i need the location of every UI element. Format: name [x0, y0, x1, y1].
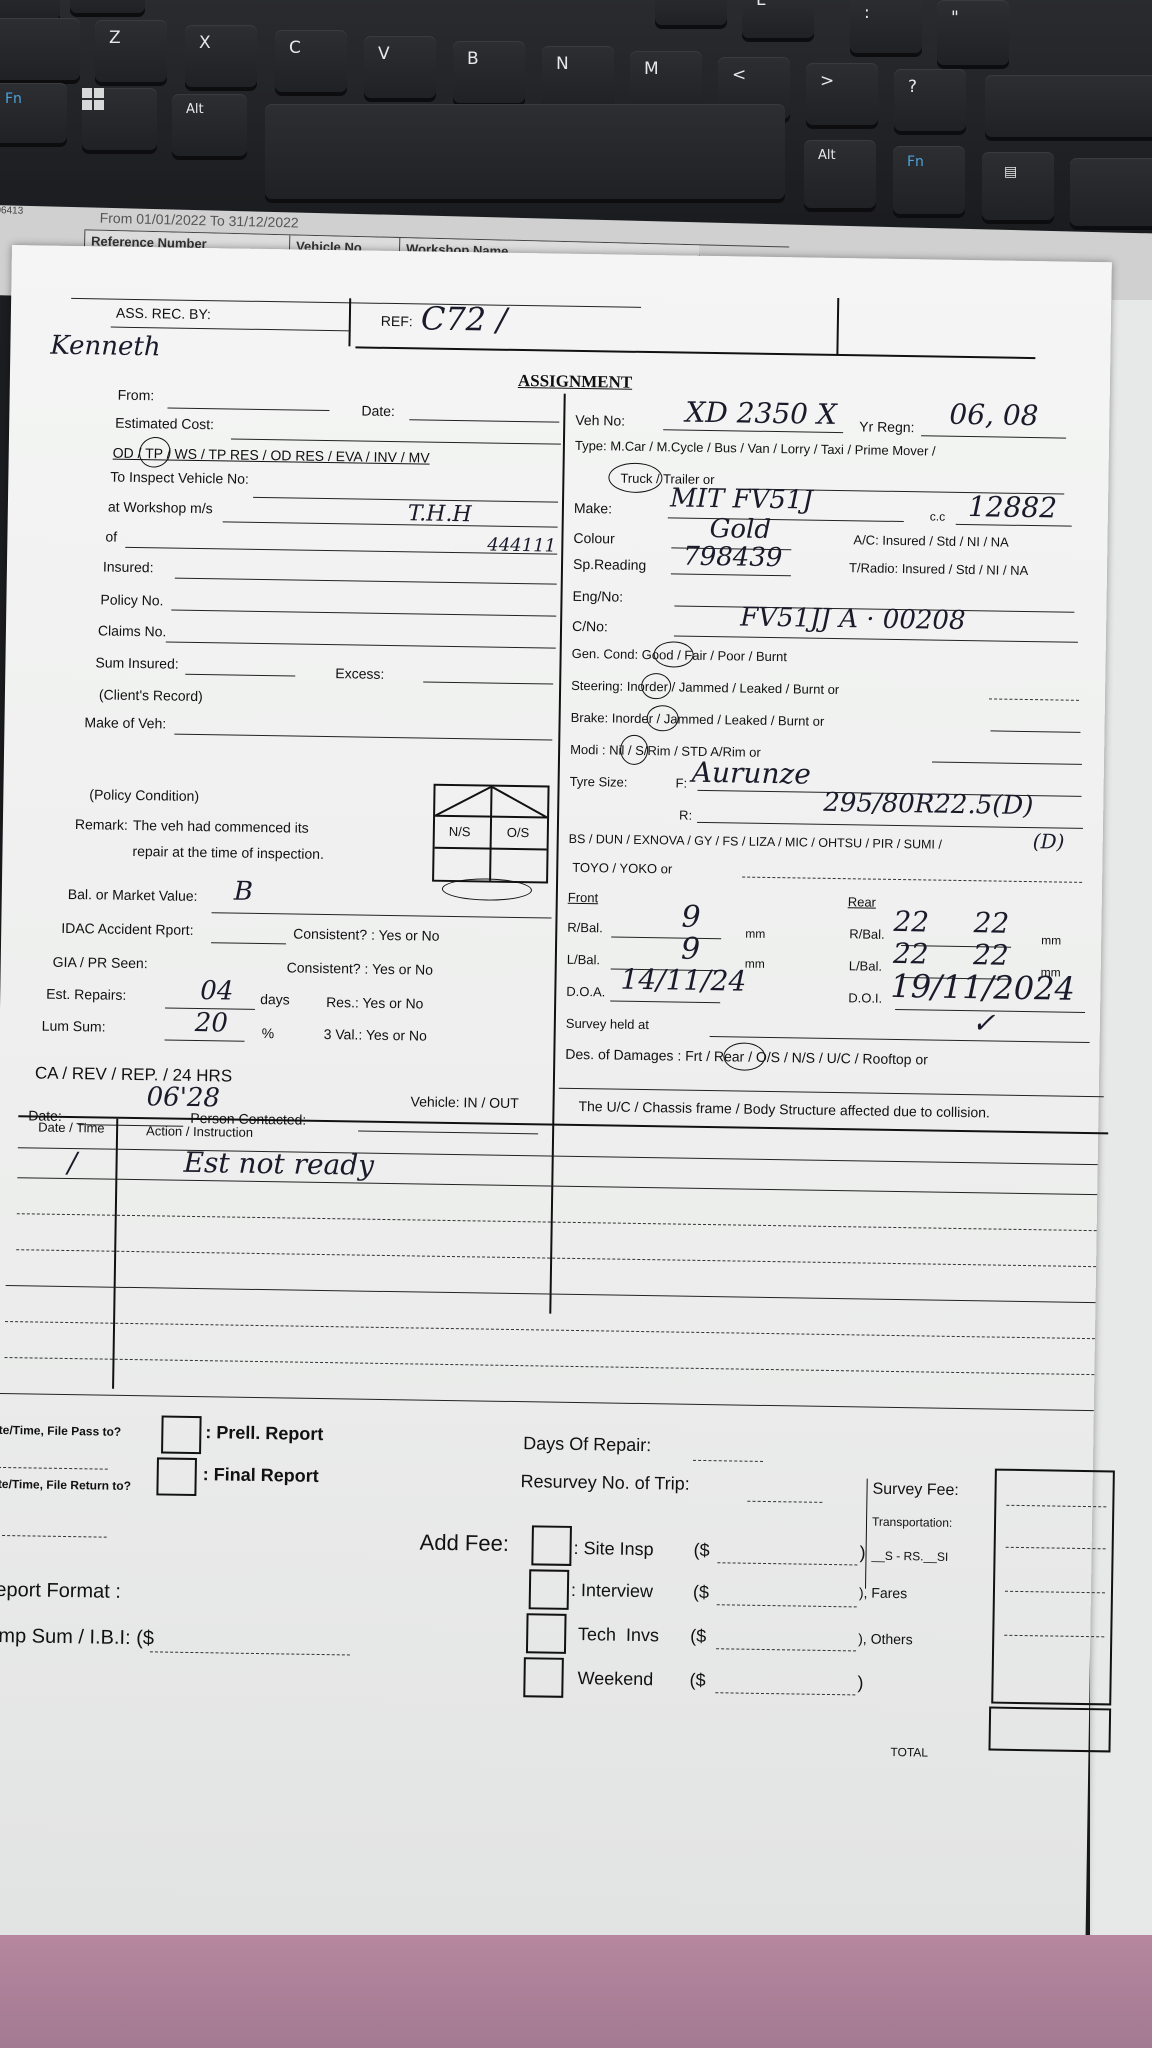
interview-checkbox[interactable]	[529, 1569, 570, 1610]
doa-field[interactable]	[610, 1000, 720, 1003]
rear-rbal-label: R/Bal.	[849, 926, 885, 942]
to-inspect-field[interactable]	[253, 497, 558, 503]
insured-field[interactable]	[175, 578, 557, 585]
lum-sum-value[interactable]: 20	[195, 1008, 229, 1039]
key-slash: ?	[894, 69, 966, 131]
estimated-cost-label: Estimated Cost:	[115, 415, 214, 433]
action-log-row-line	[16, 1249, 1096, 1267]
three-val-yes-no: 3 Val.: Yes or No	[324, 1026, 427, 1044]
key-v: V	[364, 36, 436, 98]
modi-other-field[interactable]	[932, 762, 1082, 765]
sp-reading-field[interactable]	[671, 573, 791, 576]
action-log-row-line	[17, 1213, 1097, 1231]
modi-circle-nil	[620, 735, 648, 765]
action-log-row-line	[5, 1321, 1095, 1339]
file-return-label: Date/Time, File Return to?	[0, 1477, 131, 1493]
gen-cond-circle-good	[653, 641, 693, 668]
market-value-label: Bal. or Market Value:	[68, 886, 198, 904]
key-colon: :	[850, 0, 922, 53]
clients-record-label: (Client's Record)	[99, 686, 203, 704]
brake-other-field[interactable]	[990, 730, 1080, 732]
make-label: Make:	[574, 500, 612, 517]
tyre-brand-options: BS / DUN / EXNOVA / GY / FS / LIZA / MIC…	[569, 832, 942, 852]
key-z: Z	[95, 20, 167, 82]
gia-consistent: Consistent? : Yes or No	[287, 959, 434, 977]
tech-invs-checkbox[interactable]	[526, 1613, 567, 1654]
prelim-report-checkbox[interactable]	[161, 1415, 202, 1454]
tyre-front-prefix: F:	[676, 775, 688, 790]
veh-no-value[interactable]: XD 2350 X	[685, 396, 837, 431]
weekend-close: )	[857, 1672, 863, 1693]
action-log-row-line	[17, 1177, 1097, 1195]
rear-label: Rear	[848, 894, 876, 909]
claim-type-circle-tp	[133, 431, 176, 473]
front-rbal-label: R/Bal.	[567, 920, 603, 936]
key-n: N	[542, 46, 614, 108]
file-pass-label: Date/Time, File Pass to?	[0, 1423, 121, 1439]
key-ctrl	[1070, 158, 1152, 226]
survey-fee-amount[interactable]	[1006, 1505, 1106, 1508]
colour-value[interactable]: Gold	[709, 514, 771, 545]
est-repairs-label: Est. Repairs:	[46, 986, 126, 1003]
remark-line-2: repair at the time of inspection.	[132, 843, 324, 862]
doi-label: D.O.I.	[848, 990, 882, 1006]
keyboard-background: K L : " Z X C V B N M < > ? Fn Alt Alt F…	[0, 0, 1152, 235]
site-insp-label: : Site Insp	[573, 1538, 653, 1560]
c-no-label: C/No:	[572, 618, 608, 635]
remark-label: Remark:	[75, 816, 128, 833]
vehicle-type-options: Type: M.Car / M.Cycle / Bus / Van / Lorr…	[575, 438, 936, 459]
prelim-report-label: : Prell. Report	[205, 1422, 323, 1445]
to-inspect-label: To Inspect Vehicle No:	[110, 469, 249, 487]
key-spacebar	[265, 104, 785, 199]
from-field[interactable]	[167, 407, 329, 411]
header-divider-right	[836, 298, 839, 354]
from-label: From:	[118, 387, 155, 404]
est-repairs-value[interactable]: 04	[200, 976, 234, 1007]
key-menu: ▤	[982, 152, 1054, 220]
weekend-label: Weekend	[567, 1668, 653, 1690]
rear-rbal-unit: mm	[1041, 933, 1061, 947]
front-rbal-field[interactable]	[611, 936, 721, 939]
ca-handwritten[interactable]: 06'28	[146, 1082, 220, 1113]
yr-regn-value[interactable]: 06, 08	[949, 398, 1039, 432]
sum-insured-label: Sum Insured:	[95, 654, 179, 671]
uc-chassis-body-statement: The U/C / Chassis frame / Body Structure…	[578, 1098, 990, 1120]
interview-amount-field[interactable]	[717, 1604, 857, 1607]
sp-reading-value[interactable]: 798439	[683, 542, 783, 574]
key-k: K	[655, 0, 727, 25]
front-label: Front	[568, 890, 599, 905]
header-divider	[348, 298, 351, 346]
c-no-value[interactable]: FV51JJ A · 00208	[740, 602, 966, 636]
claims-no-field[interactable]	[166, 641, 556, 648]
damages-circle-rear	[723, 1042, 765, 1071]
interview-currency: ($	[693, 1582, 709, 1603]
ass-rec-by-line	[111, 327, 351, 332]
date-label: Date:	[361, 403, 395, 420]
ass-rec-by-value[interactable]: Kenneth	[50, 331, 161, 363]
action-log-row-1-action[interactable]: Est not ready	[183, 1146, 374, 1182]
file-return-field[interactable]	[0, 1535, 107, 1538]
column-divider	[549, 394, 565, 1314]
sum-insured-field[interactable]	[185, 674, 295, 677]
key-shift-right	[985, 75, 1152, 137]
policy-condition-label: (Policy Condition)	[89, 786, 199, 804]
idac-label: IDAC Accident Rport:	[61, 920, 194, 938]
action-log-col-date: Date / Time	[38, 1120, 105, 1136]
total-label: TOTAL	[890, 1745, 928, 1760]
tyre-front-value[interactable]: Aurunze	[692, 756, 812, 791]
survey-held-at-label: Survey held at	[566, 1016, 649, 1032]
lum-sum-label: Lum Sum:	[42, 1018, 106, 1035]
key-shift	[0, 18, 80, 80]
idac-consistent: Consistent? : Yes or No	[293, 926, 440, 944]
transportation-label: Transportation:	[872, 1515, 952, 1530]
c-no-field[interactable]	[674, 635, 1078, 642]
gia-label: GIA / PR Seen:	[53, 954, 148, 971]
policy-no-field[interactable]	[171, 610, 556, 617]
policy-no-label: Policy No.	[100, 591, 163, 608]
interview-label: : Interview	[571, 1580, 653, 1602]
header-bottom-line	[355, 346, 1035, 359]
days-of-repair-field[interactable]	[693, 1460, 763, 1462]
yr-regn-label: Yr Regn:	[859, 418, 914, 435]
excess-label: Excess:	[335, 665, 384, 682]
key	[70, 0, 145, 13]
final-report-checkbox[interactable]	[156, 1457, 197, 1496]
pink-folder	[0, 1935, 1152, 2048]
survey-held-at-field[interactable]	[710, 1036, 1090, 1043]
brake-circle-inorder	[646, 705, 678, 731]
front-rbal-value[interactable]: 9	[681, 900, 701, 935]
veh-no-label: Veh No:	[575, 412, 625, 429]
tyre-rear-value[interactable]: 295/80R22.5(D)	[823, 788, 1034, 821]
insured-label: Insured:	[103, 558, 154, 575]
resurvey-label: Resurvey No. of Trip:	[520, 1471, 689, 1495]
fee-amounts-column	[991, 1469, 1115, 1706]
damages-other-field[interactable]	[559, 1088, 1104, 1098]
rear-rbal-value[interactable]: 22 22	[893, 905, 1009, 940]
brake-options: Brake: Inorder / Jammed / Leaked / Burnt…	[571, 710, 825, 729]
doa-label: D.O.A.	[566, 984, 605, 1000]
key-fn: Fn	[0, 83, 67, 143]
lum-sum-field[interactable]	[165, 1039, 245, 1041]
date-field[interactable]	[409, 419, 559, 422]
site-insp-checkbox[interactable]	[531, 1525, 572, 1566]
weekend-checkbox[interactable]	[523, 1657, 564, 1698]
tyre-brand-options-2: TOYO / YOKO or	[572, 860, 672, 877]
market-value-field[interactable]	[212, 912, 552, 918]
res-yes-no: Res.: Yes or No	[326, 994, 424, 1012]
of-label: of	[105, 529, 117, 545]
tyre-brand-note[interactable]: (D)	[1033, 829, 1065, 853]
tyre-rear-prefix: R:	[679, 808, 692, 823]
diagram-circle-mark	[442, 878, 532, 901]
ass-rec-by-label: ASS. REC. BY:	[116, 305, 211, 322]
tyre-rear-field[interactable]	[697, 822, 1083, 829]
make-value[interactable]: MIT FV51J	[670, 483, 813, 515]
person-contacted-field[interactable]	[358, 1131, 538, 1135]
key	[0, 0, 60, 20]
lump-sum-ibi-field[interactable]	[150, 1651, 350, 1655]
rear-lbal-label: L/Bal.	[849, 958, 882, 974]
survey-fee-label: Survey Fee:	[872, 1481, 959, 1500]
steering-options: Steering: Inorder / Jammed / Leaked / Bu…	[571, 678, 839, 697]
transportation-detail: __S - RS.__SI	[871, 1549, 948, 1564]
workshop-label: at Workshop m/s	[108, 499, 213, 517]
fee-divider	[865, 1479, 868, 1589]
key-alt-left: Alt	[172, 94, 247, 156]
final-report-label: : Final Report	[203, 1464, 319, 1487]
interview-close: ), Fares	[859, 1584, 907, 1601]
resurvey-field[interactable]	[747, 1501, 822, 1503]
workshop-field[interactable]	[223, 521, 558, 527]
site-insp-currency: ($	[693, 1540, 709, 1561]
fares-amount[interactable]	[1005, 1591, 1105, 1594]
market-value-value[interactable]: B	[234, 877, 254, 907]
ref-value[interactable]: C72 /	[421, 299, 508, 338]
yr-regn-field[interactable]	[921, 435, 1066, 438]
form-title: ASSIGNMENT	[518, 371, 633, 393]
action-log-col-action: Action / Instruction	[146, 1123, 253, 1140]
action-log-row-line	[5, 1357, 1095, 1375]
lum-sum-unit: %	[262, 1025, 275, 1041]
vehicle-type-circle-truck	[608, 462, 662, 493]
action-log-divider	[112, 1119, 118, 1389]
tech-invs-label: Tech Invs	[568, 1624, 659, 1646]
front-lbal-value[interactable]: 9	[681, 932, 701, 967]
total-amount-box[interactable]	[988, 1707, 1111, 1753]
ref-label: REF:	[381, 313, 413, 329]
others-amount[interactable]	[1004, 1635, 1104, 1638]
menu-icon: ▤	[1004, 164, 1017, 180]
eng-no-label: Eng/No:	[572, 588, 623, 605]
off-side-label: O/S	[507, 825, 530, 840]
key-fn-right: Fn	[893, 146, 965, 214]
ac-options: A/C: Insured / Std / NI / NA	[853, 532, 1009, 549]
tradio-options: T/Radio: Insured / Std / NI / NA	[849, 560, 1028, 578]
front-rbal-unit: mm	[745, 927, 765, 941]
report-format-label: Report Format :	[0, 1579, 121, 1604]
days-of-repair-label: Days Of Repair:	[523, 1433, 651, 1456]
excess-field[interactable]	[423, 682, 553, 685]
key-x: X	[185, 25, 257, 87]
colour-label: Colour	[573, 530, 614, 547]
tyre-brand-other-field[interactable]	[742, 877, 1082, 883]
transportation-amount[interactable]	[1006, 1547, 1106, 1550]
estimated-cost-field[interactable]	[231, 438, 561, 444]
tech-invs-amount-field[interactable]	[716, 1648, 856, 1651]
survey-held-at-check-icon[interactable]: ✓	[972, 1006, 996, 1039]
front-lbal-unit: mm	[745, 957, 765, 971]
lump-sum-ibi-label: Lump Sum / I.B.I: ($	[0, 1625, 154, 1651]
sp-reading-label: Sp.Reading	[573, 556, 646, 573]
key-period: >	[806, 63, 878, 125]
weekend-currency: ($	[689, 1670, 705, 1691]
action-log-row-1-date[interactable]: /	[67, 1146, 77, 1179]
weekend-amount-field[interactable]	[715, 1692, 855, 1695]
windows-logo-icon	[82, 88, 104, 110]
assignment-form: ASS. REC. BY: REF: C72 / Kenneth ASSIGNM…	[0, 245, 1112, 1952]
cc-label: c.c	[930, 509, 946, 523]
remark-line-1: The veh had commenced its	[133, 817, 309, 836]
key-quote: "	[937, 0, 1009, 65]
action-log-header-line	[18, 1147, 1098, 1165]
est-repairs-unit: days	[260, 991, 290, 1007]
claims-no-label: Claims No.	[98, 622, 167, 639]
front-lbal-label: L/Bal.	[567, 952, 600, 968]
file-pass-field[interactable]	[0, 1467, 108, 1470]
steering-circle-inorder	[641, 673, 671, 699]
make-of-veh-label: Make of Veh:	[84, 714, 166, 731]
key-l: L	[742, 0, 814, 38]
make-field[interactable]	[668, 517, 904, 522]
cc-value[interactable]: 12882	[968, 490, 1058, 524]
key-windows	[82, 88, 157, 150]
key-b: B	[453, 41, 525, 103]
tyre-size-label: Tyre Size:	[570, 774, 628, 790]
tech-invs-close: ), Others	[858, 1630, 913, 1647]
key-alt-right: Alt	[804, 140, 876, 208]
action-log-bottom-line	[0, 1393, 1094, 1411]
background-date-range: From 01/01/2022 To 31/12/2022	[100, 210, 299, 231]
add-fee-label: Add Fee:	[419, 1530, 509, 1557]
idac-field[interactable]	[211, 942, 286, 944]
steering-other-field[interactable]	[989, 698, 1079, 700]
vehicle-in-out: Vehicle: IN / OUT	[410, 1093, 518, 1111]
key-c: C	[275, 30, 347, 92]
near-side-label: N/S	[449, 824, 471, 839]
doa-value[interactable]: 14/11/24	[620, 963, 746, 998]
doi-value[interactable]: 19/11/2024	[890, 967, 1075, 1008]
vehicle-side-diagram: N/S O/S	[432, 784, 550, 884]
workshop-value[interactable]: T.H.H	[408, 501, 472, 527]
make-of-veh-field[interactable]	[174, 734, 552, 741]
background-ref-number: 006413	[0, 205, 23, 217]
site-insp-amount-field[interactable]	[717, 1562, 857, 1565]
tech-invs-currency: ($	[690, 1626, 706, 1647]
